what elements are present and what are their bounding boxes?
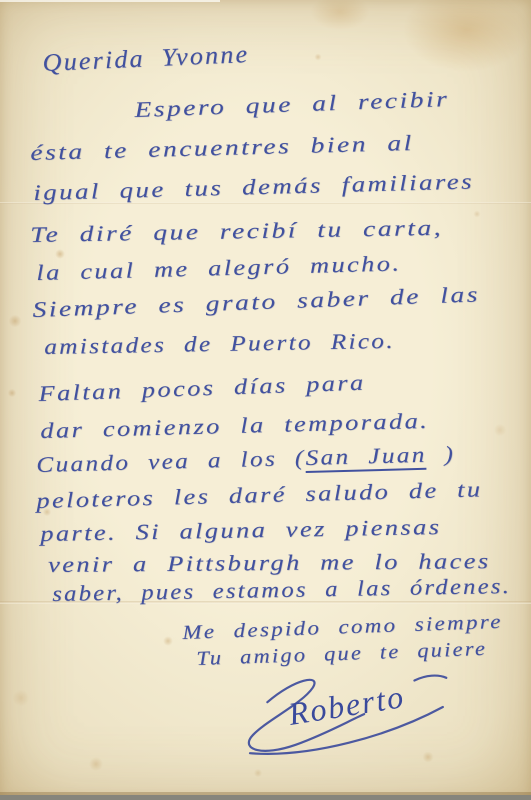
letter-line: saber, pues estamos a las órdenes. bbox=[52, 573, 511, 607]
letter-line: amistades de Puerto Rico. bbox=[44, 328, 395, 360]
letter-line: dar comienzo la temporada. bbox=[40, 408, 429, 444]
letter-line: peloteros les daré saludo de tu bbox=[36, 476, 483, 514]
paper-top-edge bbox=[0, 0, 220, 2]
san-juan-pre: Cuando vea a los ( bbox=[36, 445, 306, 477]
salutation: Querida Yvonne bbox=[42, 41, 250, 78]
letter-line-san-juan: Cuando vea a los (San Juan ) bbox=[36, 441, 455, 478]
letter-line: ésta te encuentres bien al bbox=[30, 130, 414, 166]
letter-scan: Querida Yvonne Espero que al recibir ést… bbox=[0, 0, 531, 800]
letter-line: igual que tus demás familiares bbox=[33, 168, 474, 206]
signature-flourish-icon: Roberto bbox=[235, 654, 460, 765]
scan-bottom-edge bbox=[0, 795, 531, 800]
san-juan-underlined: San Juan bbox=[305, 442, 427, 473]
letter-line: Faltan pocos días para bbox=[38, 370, 366, 407]
signature-name: Roberto bbox=[285, 678, 407, 732]
letter-line: Te diré que recibí tu carta, bbox=[30, 215, 443, 248]
letter-line: Siempre es grato saber de las bbox=[32, 281, 480, 323]
signature-block: Roberto bbox=[235, 654, 460, 770]
letter-line: la cual me alegró mucho. bbox=[36, 250, 402, 286]
letter-line: Espero que al recibir bbox=[134, 86, 450, 123]
letter-line: parte. Si alguna vez piensas bbox=[40, 514, 442, 547]
san-juan-post: ) bbox=[426, 441, 455, 467]
